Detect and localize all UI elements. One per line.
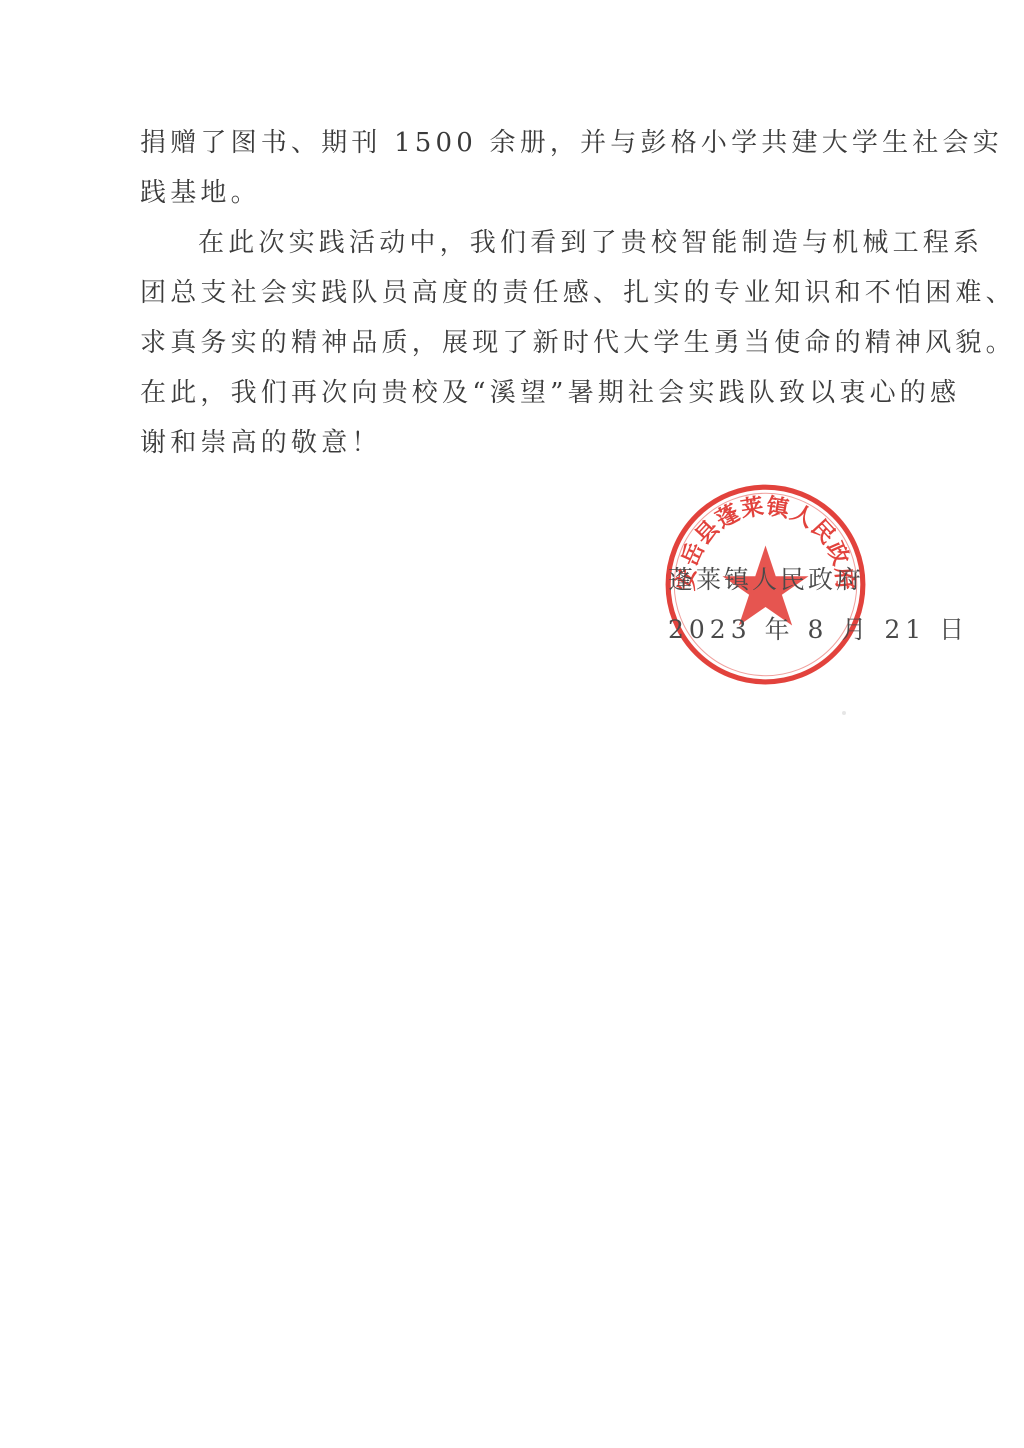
text-line: 践基地。 — [140, 168, 910, 218]
text-line: 捐赠了图书、期刊 1500 余册，并与彭格小学共建大学生社会实 — [140, 118, 910, 168]
text-line: 团总支社会实践队员高度的责任感、扎实的专业知识和不怕困难、 — [140, 268, 910, 318]
scan-speck — [842, 711, 846, 715]
letter-body: 捐赠了图书、期刊 1500 余册，并与彭格小学共建大学生社会实 践基地。 在此次… — [140, 118, 910, 468]
signature-organization: 蓬莱镇人民政府 — [668, 555, 908, 605]
signature-date: 2023 年 8 月 21 日 — [668, 605, 908, 655]
text-line: 求真务实的精神品质，展现了新时代大学生勇当使命的精神风貌。 — [140, 318, 910, 368]
text-line: 在此次实践活动中，我们看到了贵校智能制造与机械工程系 — [140, 218, 910, 268]
signature-block: 蓬莱镇人民政府 2023 年 8 月 21 日 — [668, 555, 908, 655]
text-line: 谢和崇高的敬意！ — [140, 418, 910, 468]
text-line: 在此，我们再次向贵校及“溪望”暑期社会实践队致以衷心的感 — [140, 368, 910, 418]
document-page: 捐赠了图书、期刊 1500 余册，并与彭格小学共建大学生社会实 践基地。 在此次… — [0, 0, 1024, 1448]
